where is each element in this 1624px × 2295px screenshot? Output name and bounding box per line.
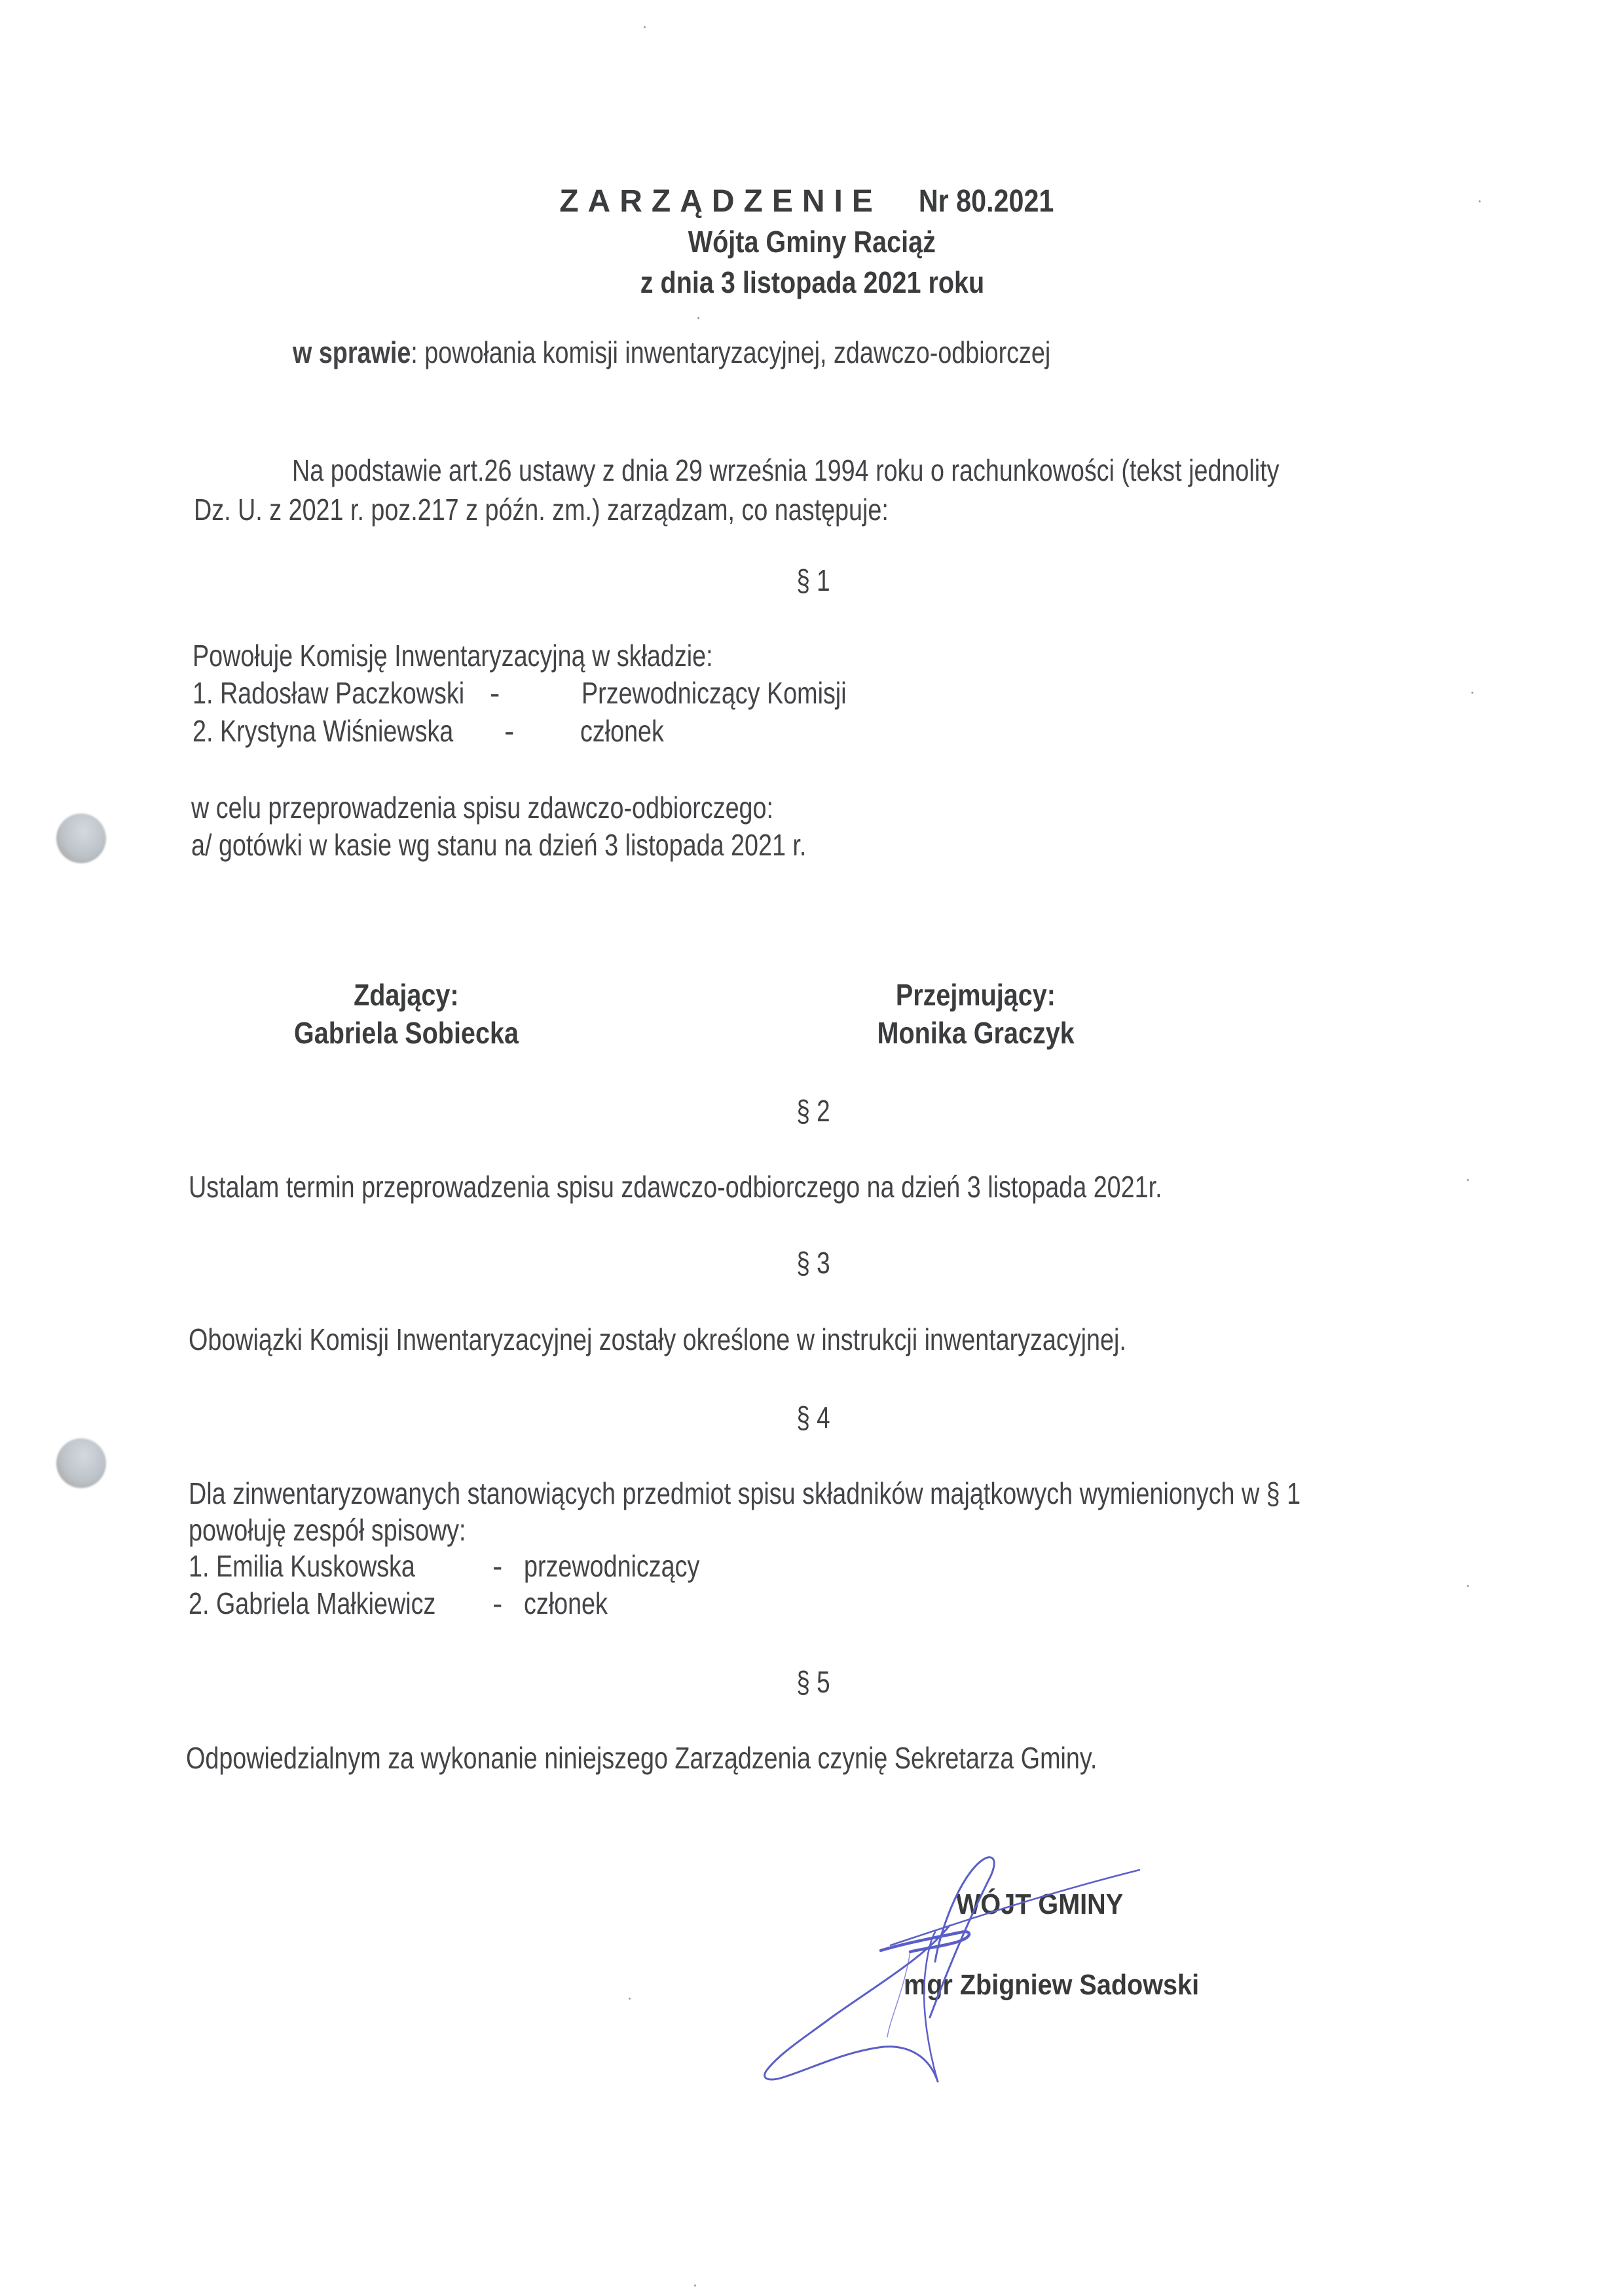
section-1-purpose-line-2: a/ gotówki w kasie wg stanu na dzień 3 l…: [191, 827, 806, 863]
section-4-line-1: Dla zinwentaryzowanych stanowiących prze…: [189, 1475, 1301, 1512]
receiving-name-text: Monika Graczyk: [877, 1014, 1074, 1052]
commission-member-1-role: Przewodniczący Komisji: [581, 675, 847, 711]
doc-issuer: Wójta Gminy Raciąż: [0, 221, 1624, 262]
commission-member-2-role: członek: [580, 713, 664, 749]
commission-member-2-name: 2. Krystyna Wiśniewska: [193, 713, 453, 749]
section-5-heading-text: § 5: [796, 1664, 830, 1700]
commission-member-2-dash: -: [504, 713, 514, 749]
team-member-2-role: członek: [524, 1585, 608, 1622]
document-title: ZARZĄDZENIE Nr 80.2021: [0, 182, 1624, 221]
receiving-name: Monika Graczyk: [819, 1014, 1133, 1052]
commission-member-1-dash: -: [490, 675, 500, 711]
section-2-heading: § 2: [748, 1092, 879, 1129]
team-member-1-name: 1. Emilia Kuskowska: [189, 1548, 415, 1584]
handing-over-name: Gabriela Sobiecka: [249, 1014, 563, 1052]
section-4-heading: § 4: [748, 1399, 879, 1436]
commission-member-1-name: 1. Radosław Paczkowski: [193, 675, 464, 711]
section-1-heading: § 1: [748, 562, 879, 599]
section-2-text: Ustalam termin przeprowadzenia spisu zda…: [189, 1168, 1162, 1205]
handing-over-name-text: Gabriela Sobiecka: [293, 1014, 518, 1052]
handwritten-signature: [753, 1821, 1277, 2122]
section-1-purpose-line-1: w celu przeprowadzenia spisu zdawczo-odb…: [191, 789, 773, 826]
subject-label: w sprawie: [293, 335, 411, 369]
scan-speck: [694, 2285, 696, 2286]
subject-line: w sprawie: powołania komisji inwentaryza…: [293, 334, 1050, 371]
punch-hole-upper: [56, 813, 106, 863]
receiving-party: Przejmujący: Monika Graczyk: [819, 976, 1133, 1052]
section-1-heading-text: § 1: [796, 562, 830, 599]
section-3-heading: § 3: [748, 1244, 879, 1281]
scan-speck: [697, 317, 699, 319]
doc-date-text: z dnia 3 listopada 2021 roku: [640, 262, 984, 303]
section-2-heading-text: § 2: [796, 1092, 830, 1129]
preamble-line-2: Dz. U. z 2021 r. poz.217 z późn. zm.) za…: [194, 491, 889, 528]
receiving-label-text: Przejmujący:: [896, 976, 1056, 1014]
handing-over-party: Zdający: Gabriela Sobiecka: [249, 976, 563, 1052]
team-member-2-name: 2. Gabriela Małkiewicz: [189, 1585, 435, 1622]
section-3-text: Obowiązki Komisji Inwentaryzacyjnej zost…: [189, 1321, 1126, 1358]
document-header: ZARZĄDZENIE Nr 80.2021 Wójta Gminy Racią…: [0, 182, 1624, 303]
subject-text: : powołania komisji inwentaryzacyjnej, z…: [411, 335, 1050, 369]
doc-date: z dnia 3 listopada 2021 roku: [0, 262, 1624, 303]
team-member-1-dash: -: [492, 1548, 502, 1584]
punch-hole-lower: [56, 1438, 106, 1488]
doc-type: ZARZĄDZENIE: [559, 184, 882, 219]
team-member-1-role: przewodniczący: [524, 1548, 699, 1584]
section-3-heading-text: § 3: [796, 1244, 830, 1281]
receiving-label: Przejmujący:: [819, 976, 1133, 1014]
handing-over-label-text: Zdający:: [354, 976, 459, 1014]
preamble-line-1: Na podstawie art.26 ustawy z dnia 29 wrz…: [292, 452, 1279, 489]
handing-over-label: Zdający:: [249, 976, 563, 1014]
scan-speck: [1467, 1179, 1469, 1181]
scan-speck: [1467, 1585, 1469, 1587]
doc-issuer-text: Wójta Gminy Raciąż: [688, 221, 936, 262]
scan-speck: [629, 1998, 631, 2000]
doc-number: Nr 80.2021: [918, 182, 1054, 221]
team-member-2-dash: -: [492, 1585, 502, 1622]
scan-speck: [1471, 692, 1473, 694]
section-5-text: Odpowiedzialnym za wykonanie niniejszego…: [186, 1740, 1097, 1776]
section-1-intro: Powołuje Komisję Inwentaryzacyjną w skła…: [193, 637, 713, 674]
section-5-heading: § 5: [748, 1664, 879, 1700]
section-4-line-2: powołuję zespół spisowy:: [189, 1512, 466, 1548]
scan-speck: [644, 26, 646, 28]
section-4-heading-text: § 4: [796, 1399, 830, 1436]
document-page: ZARZĄDZENIE Nr 80.2021 Wójta Gminy Racią…: [0, 0, 1624, 2295]
